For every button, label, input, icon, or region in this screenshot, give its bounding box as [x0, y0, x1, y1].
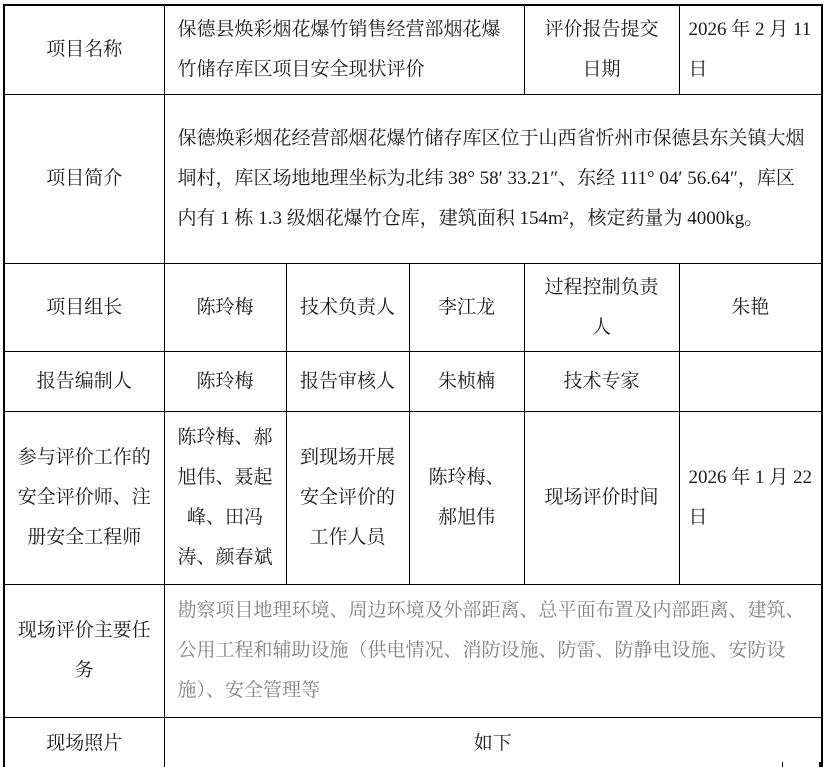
project-leader-value: 陈玲梅 [164, 264, 286, 352]
evaluation-info-table: 项目名称 保德县焕彩烟花爆竹销售经营部烟花爆竹储存库区项目安全现状评价 评价报告… [3, 4, 823, 767]
project-leader-label: 项目组长 [4, 264, 164, 352]
site-photos-value: 如下 [164, 718, 822, 767]
table-row: 项目组长 陈玲梅 技术负责人 李江龙 过程控制负责人 朱艳 [4, 264, 822, 352]
onsite-staff-names: 陈玲梅、郝旭伟 [409, 412, 524, 585]
report-reviewer-label: 报告审核人 [286, 352, 409, 412]
participants-names: 陈玲梅、郝旭伟、聂起峰、田冯涛、颜春斌 [164, 412, 286, 585]
report-submit-date-label: 评价报告提交日期 [524, 5, 679, 95]
next-row-column-divider [782, 762, 783, 767]
document-page: 项目名称 保德县焕彩烟花爆竹销售经营部烟花爆竹储存库区项目安全现状评价 评价报告… [0, 0, 824, 767]
onsite-eval-time-label: 现场评价时间 [524, 412, 679, 585]
process-control-label: 过程控制负责人 [524, 264, 679, 352]
table-row: 项目名称 保德县焕彩烟花爆竹销售经营部烟花爆竹储存库区项目安全现状评价 评价报告… [4, 5, 822, 95]
table-row: 项目简介 保德焕彩烟花经营部烟花爆竹储存库区位于山西省忻州市保德县东关镇大烟垌村… [4, 95, 822, 264]
project-intro-label: 项目简介 [4, 95, 164, 264]
site-photos-label: 现场照片 [4, 718, 164, 767]
onsite-staff-label: 到现场开展安全评价的工作人员 [286, 412, 409, 585]
process-control-value: 朱艳 [679, 264, 822, 352]
project-name-value: 保德县焕彩烟花爆竹销售经营部烟花爆竹储存库区项目安全现状评价 [164, 5, 524, 95]
report-reviewer-value: 朱桢楠 [409, 352, 524, 412]
report-writer-label: 报告编制人 [4, 352, 164, 412]
table-row: 现场照片 如下 [4, 718, 822, 767]
onsite-tasks-label: 现场评价主要任务 [4, 585, 164, 718]
table-row: 现场评价主要任务 勘察项目地理环境、周边环境及外部距离、总平面布置及内部距离、建… [4, 585, 822, 718]
participants-label: 参与评价工作的安全评价师、注册安全工程师 [4, 412, 164, 585]
tech-lead-label: 技术负责人 [286, 264, 409, 352]
report-writer-value: 陈玲梅 [164, 352, 286, 412]
table-row: 报告编制人 陈玲梅 报告审核人 朱桢楠 技术专家 [4, 352, 822, 412]
next-row-sliver [3, 762, 821, 767]
tech-expert-value [679, 352, 822, 412]
project-intro-value: 保德焕彩烟花经营部烟花爆竹储存库区位于山西省忻州市保德县东关镇大烟垌村，库区场地… [164, 95, 822, 264]
table-row: 参与评价工作的安全评价师、注册安全工程师 陈玲梅、郝旭伟、聂起峰、田冯涛、颜春斌… [4, 412, 822, 585]
onsite-tasks-value: 勘察项目地理环境、周边环境及外部距离、总平面布置及内部距离、建筑、公用工程和辅助… [164, 585, 822, 718]
onsite-eval-time-value: 2026 年 1 月 22 日 [679, 412, 822, 585]
tech-expert-label: 技术专家 [524, 352, 679, 412]
report-submit-date-value: 2026 年 2 月 11 日 [679, 5, 822, 95]
project-name-label: 项目名称 [4, 5, 164, 95]
tech-lead-value: 李江龙 [409, 264, 524, 352]
